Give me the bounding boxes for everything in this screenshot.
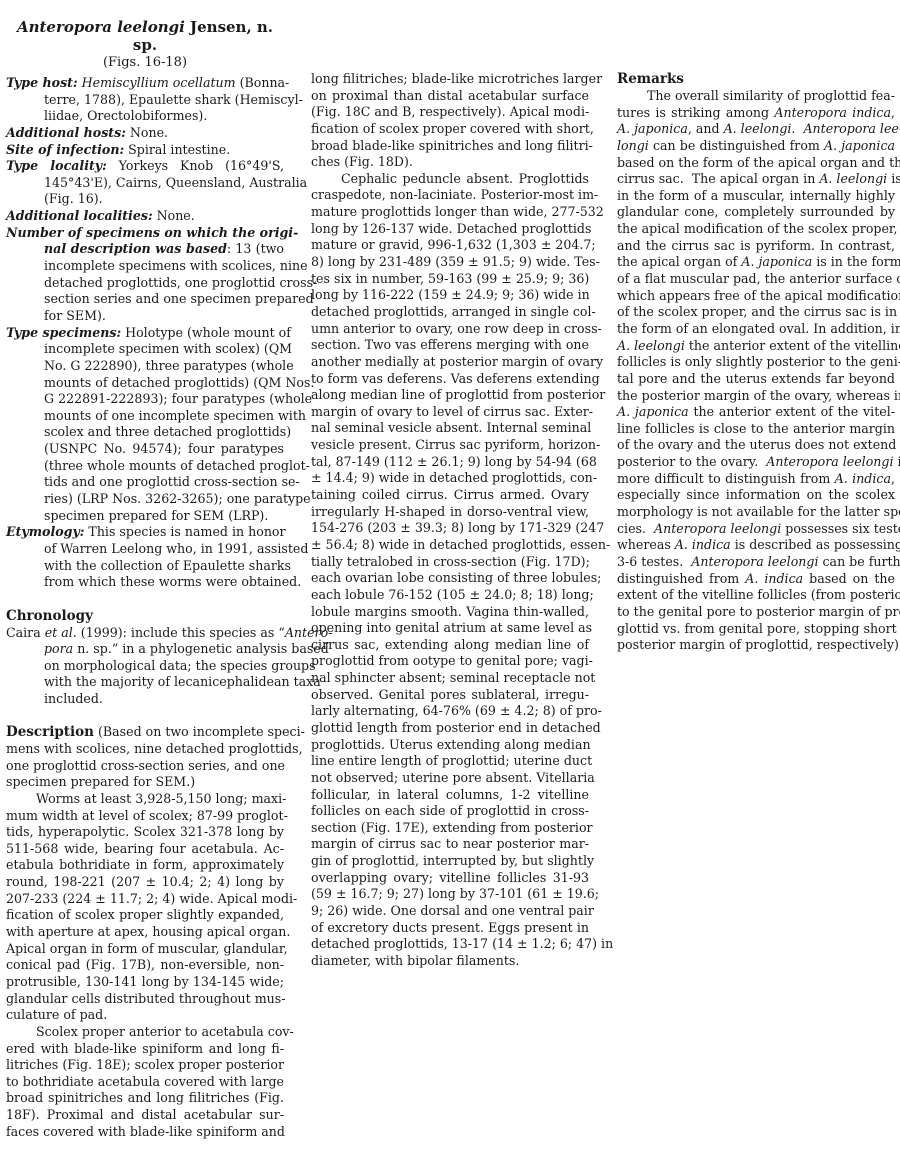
description-line: detached proglottids, arranged in single… xyxy=(311,304,589,321)
description-line: cirrus sac, extending along median line … xyxy=(311,637,589,654)
description-line: irregularly H-shaped in dorso-ventral vi… xyxy=(311,504,589,521)
description-line: long filitriches; blade-like microtriche… xyxy=(311,71,589,88)
description-line: mature proglottids longer than wide, 277… xyxy=(311,204,589,221)
description-line: etabula bothridiate in form, approximate… xyxy=(6,857,284,874)
remarks-section: Remarks The overall similarity of proglo… xyxy=(617,71,895,654)
column-middle: long filitriches; blade-like microtriche… xyxy=(311,71,589,970)
description-line: craspedote, non-laciniate. Posterior-mos… xyxy=(311,187,589,204)
description-line: litriches (Fig. 18E); scolex proper post… xyxy=(6,1057,284,1074)
description-line: (59 ± 16.7; 9; 27) long by 37-101 (61 ± … xyxy=(311,886,589,903)
description-line: culature of pad. xyxy=(6,1007,284,1024)
additional-hosts-entry: Additional hosts: None. xyxy=(6,125,284,142)
description-line: gin of proglottid, interrupted by, but s… xyxy=(311,853,589,870)
type-host-line: terre, 1788), Epaulette shark (Hemiscyl- xyxy=(6,92,284,109)
remarks-line: The overall similarity of proglottid fea… xyxy=(617,88,895,105)
remarks-line: A. leelongi the anterior extent of the v… xyxy=(617,338,895,355)
description-line: tids, hyperapolytic. Scolex 321-378 long… xyxy=(6,824,284,841)
remarks-line: cies. Anteropora leelongi possesses six … xyxy=(617,521,895,538)
type-host-entry: Type host: Hemiscyllium ocellatum (Bonna… xyxy=(6,75,284,125)
remarks-line: of a flat muscular pad, the anterior sur… xyxy=(617,271,895,288)
description-line: Cephalic peduncle absent. Proglottids xyxy=(311,171,589,188)
remarks-line: longi can be distinguished from A. japon… xyxy=(617,138,895,155)
remarks-line: cirrus sac. The apical organ in A. leelo… xyxy=(617,171,895,188)
description-line: section (Fig. 17E), extending from poste… xyxy=(311,820,589,837)
description-intro-line: Description (Based on two incomplete spe… xyxy=(6,724,284,741)
remarks-line: glottid vs. from genital pore, stopping … xyxy=(617,621,895,638)
type-specimens-entry: Type specimens: Holotype (whole mount of… xyxy=(6,325,284,525)
description-heading: Description xyxy=(6,724,94,740)
additional-localities-entry: Additional localities: None. xyxy=(6,208,284,225)
description-line: lobule margins smooth. Vagina thin-walle… xyxy=(311,604,589,621)
column-right: Remarks The overall similarity of proglo… xyxy=(617,71,895,654)
description-line: fication of scolex proper covered with s… xyxy=(311,121,589,138)
type-locality-entry: Type locality: Yorkeys Knob (16°49'S, 14… xyxy=(6,158,284,208)
description-line: line entire length of proglottid; uterin… xyxy=(311,753,589,770)
description-line: vesicle present. Cirrus sac pyriform, ho… xyxy=(311,437,589,454)
remarks-line: tal pore and the uterus extends far beyo… xyxy=(617,371,895,388)
description-line: 9; 26) wide. One dorsal and one ventral … xyxy=(311,903,589,920)
description-intro-line: specimen prepared for SEM.) xyxy=(6,774,284,791)
description-line: tal, 87-149 (112 ± 26.1; 9) long by 54-9… xyxy=(311,454,589,471)
description-line: follicular, in lateral columns, 1-2 vite… xyxy=(311,787,589,804)
remarks-line: which appears free of the apical modific… xyxy=(617,288,895,305)
description-line: diameter, with bipolar filaments. xyxy=(311,953,589,970)
etymology-entry: Etymology: This species is named in hono… xyxy=(6,524,284,591)
type-host-line: liidae, Orectolobiformes). xyxy=(6,108,284,125)
description-line: opening into genital atrium at same leve… xyxy=(311,620,589,637)
description-line: larly alternating, 64-76% (69 ± 4.2; 8) … xyxy=(311,703,589,720)
species-title: Anteropora leelongi Jensen, n. sp. xyxy=(6,18,284,54)
remarks-line: in the form of a muscular, internally hi… xyxy=(617,188,895,205)
column-left: Type host: Hemiscyllium ocellatum (Bonna… xyxy=(6,63,284,1140)
description-line: Scolex proper anterior to acetabula cov- xyxy=(6,1024,284,1041)
description-intro-line: mens with scolices, nine detached proglo… xyxy=(6,741,284,758)
description-line: 207-233 (224 ± 11.7; 2; 4) wide. Apical … xyxy=(6,891,284,908)
remarks-line: to the genital pore to posterior margin … xyxy=(617,604,895,621)
chronology-line: on morphological data; the species group… xyxy=(6,658,284,675)
remarks-line: tures is striking among Anteropora indic… xyxy=(617,105,895,122)
description-line: ered with blade-like spiniform and long … xyxy=(6,1041,284,1058)
description-line: tes six in number, 59-163 (99 ± 25.9; 9;… xyxy=(311,271,589,288)
description-line: another medially at posterior margin of … xyxy=(311,354,589,371)
description-line: margin of ovary to level of cirrus sac. … xyxy=(311,404,589,421)
description-line: margin of cirrus sac to near posterior m… xyxy=(311,836,589,853)
chronology-line: included. xyxy=(6,691,284,708)
description-line: to bothridiate acetabula covered with la… xyxy=(6,1074,284,1091)
remarks-heading: Remarks xyxy=(617,71,895,88)
number-of-specimens-entry: Number of specimens on which the origi- … xyxy=(6,225,284,325)
site-of-infection-entry: Site of infection: Spiral intestine. xyxy=(6,142,284,159)
description-line: 511-568 wide, bearing four acetabula. Ac… xyxy=(6,841,284,858)
remarks-line: especially since information on the scol… xyxy=(617,487,895,504)
chronology-line: pora n. sp.” in a phylogenetic analysis … xyxy=(6,641,284,658)
remarks-line: distinguished from A. indica based on th… xyxy=(617,571,895,588)
type-host-label: Type host: xyxy=(6,75,78,90)
remarks-line: the apical organ of A. japonica is in th… xyxy=(617,254,895,271)
remarks-line: more difficult to distinguish from A. in… xyxy=(617,471,895,488)
description-line: follicles on each side of proglottid in … xyxy=(311,803,589,820)
description-line: to form vas deferens. Vas deferens exten… xyxy=(311,371,589,388)
remarks-line: follicles is only slightly posterior to … xyxy=(617,354,895,371)
description-line: overlapping ovary; vitelline follicles 3… xyxy=(311,870,589,887)
description-line: proglottid from ootype to genital pore; … xyxy=(311,653,589,670)
description-line: ± 56.4; 8) wide in detached proglottids,… xyxy=(311,537,589,554)
description-line: broad blade-like spinitriches and long f… xyxy=(311,138,589,155)
remarks-line: glandular cone, completely surrounded by xyxy=(617,204,895,221)
description-line: 8) long by 231-489 (359 ± 91.5; 9) wide.… xyxy=(311,254,589,271)
description-line: ches (Fig. 18D). xyxy=(311,154,589,171)
remarks-line: the apical modification of the scolex pr… xyxy=(617,221,895,238)
description-line: broad spinitriches and long filitriches … xyxy=(6,1090,284,1107)
description-line: 18F). Proximal and distal acetabular sur… xyxy=(6,1107,284,1124)
description-line: protrusible, 130-141 long by 134-145 wid… xyxy=(6,974,284,991)
remarks-line: A. japonica, and A. leelongi. Anteropora… xyxy=(617,121,895,138)
description-line: Worms at least 3,928-5,150 long; maxi- xyxy=(6,791,284,808)
remarks-line: of the ovary and the uterus does not ext… xyxy=(617,437,895,454)
description-line: along median line of proglottid from pos… xyxy=(311,387,589,404)
species-name: Anteropora leelongi xyxy=(17,18,185,36)
chronology-heading: Chronology xyxy=(6,608,284,625)
remarks-line: posterior margin of proglottid, respecti… xyxy=(617,637,895,654)
remarks-line: morphology is not available for the latt… xyxy=(617,504,895,521)
remarks-line: whereas A. indica is described as posses… xyxy=(617,537,895,554)
remarks-line: the form of an elongated oval. In additi… xyxy=(617,321,895,338)
description-line: each ovarian lobe consisting of three lo… xyxy=(311,570,589,587)
description-line: 154-276 (203 ± 39.3; 8) long by 171-329 … xyxy=(311,520,589,537)
description-line: tially tetralobed in cross-section (Fig.… xyxy=(311,554,589,571)
description-intro-line: one proglottid cross-section series, and… xyxy=(6,758,284,775)
description-line: faces covered with blade-like spiniform … xyxy=(6,1124,284,1141)
description-line: long by 116-222 (159 ± 24.9; 9; 36) wide… xyxy=(311,287,589,304)
description-line: long by 126-137 wide. Detached proglotti… xyxy=(311,221,589,238)
remarks-line: the posterior margin of the ovary, where… xyxy=(617,388,895,405)
description-line: observed. Genital pores sublateral, irre… xyxy=(311,687,589,704)
description-line: umn anterior to ovary, one row deep in c… xyxy=(311,321,589,338)
description-line: nal seminal vesicle absent. Internal sem… xyxy=(311,420,589,437)
description-line: conical pad (Fig. 17B), non-eversible, n… xyxy=(6,957,284,974)
description-line: round, 198-221 (207 ± 10.4; 2; 4) long b… xyxy=(6,874,284,891)
description-line: of excretory ducts present. Eggs present… xyxy=(311,920,589,937)
type-host-line: Hemiscyllium ocellatum (Bonna- xyxy=(78,75,290,90)
description-line: mature or gravid, 996-1,632 (1,303 ± 204… xyxy=(311,237,589,254)
description-line: mum width at level of scolex; 87-99 prog… xyxy=(6,808,284,825)
chronology-line: Caira et al. (1999): include this specie… xyxy=(6,625,284,642)
description-line: taining coiled cirrus. Cirrus armed. Ova… xyxy=(311,487,589,504)
description-line: Apical organ in form of muscular, glandu… xyxy=(6,941,284,958)
remarks-line: and the cirrus sac is pyriform. In contr… xyxy=(617,238,895,255)
description-line: on proximal than distal acetabular surfa… xyxy=(311,88,589,105)
description-line: ± 14.4; 9) wide in detached proglottids,… xyxy=(311,470,589,487)
remarks-line: posterior to the ovary. Anteropora leelo… xyxy=(617,454,895,471)
remarks-line: 3-6 testes. Anteropora leelongi can be f… xyxy=(617,554,895,571)
description-line: nal sphincter absent; seminal receptacle… xyxy=(311,670,589,687)
description-line: glandular cells distributed throughout m… xyxy=(6,991,284,1008)
remarks-line: line follicles is close to the anterior … xyxy=(617,421,895,438)
description-line: glottid length from posterior end in det… xyxy=(311,720,589,737)
description-line: with aperture at apex, housing apical or… xyxy=(6,924,284,941)
remarks-line: of the scolex proper, and the cirrus sac… xyxy=(617,304,895,321)
remarks-line: extent of the vitelline follicles (from … xyxy=(617,587,895,604)
description-line: proglottids. Uterus extending along medi… xyxy=(311,737,589,754)
description-line: (Fig. 18C and B, respectively). Apical m… xyxy=(311,104,589,121)
description-line: not observed; uterine pore absent. Vitel… xyxy=(311,770,589,787)
remarks-line: based on the form of the apical organ an… xyxy=(617,155,895,172)
remarks-line: A. japonica the anterior extent of the v… xyxy=(617,404,895,421)
chronology-line: with the majority of lecanicephalidean t… xyxy=(6,674,284,691)
description-line: fication of scolex proper slightly expan… xyxy=(6,907,284,924)
description-section: Description (Based on two incomplete spe… xyxy=(6,724,284,1140)
description-line: each lobule 76-152 (105 ± 24.0; 8; 18) l… xyxy=(311,587,589,604)
description-line: section. Two vas efferens merging with o… xyxy=(311,337,589,354)
description-line: detached proglottids, 13-17 (14 ± 1.2; 6… xyxy=(311,936,589,953)
chronology-section: Chronology Caira et al. (1999): include … xyxy=(6,608,284,708)
